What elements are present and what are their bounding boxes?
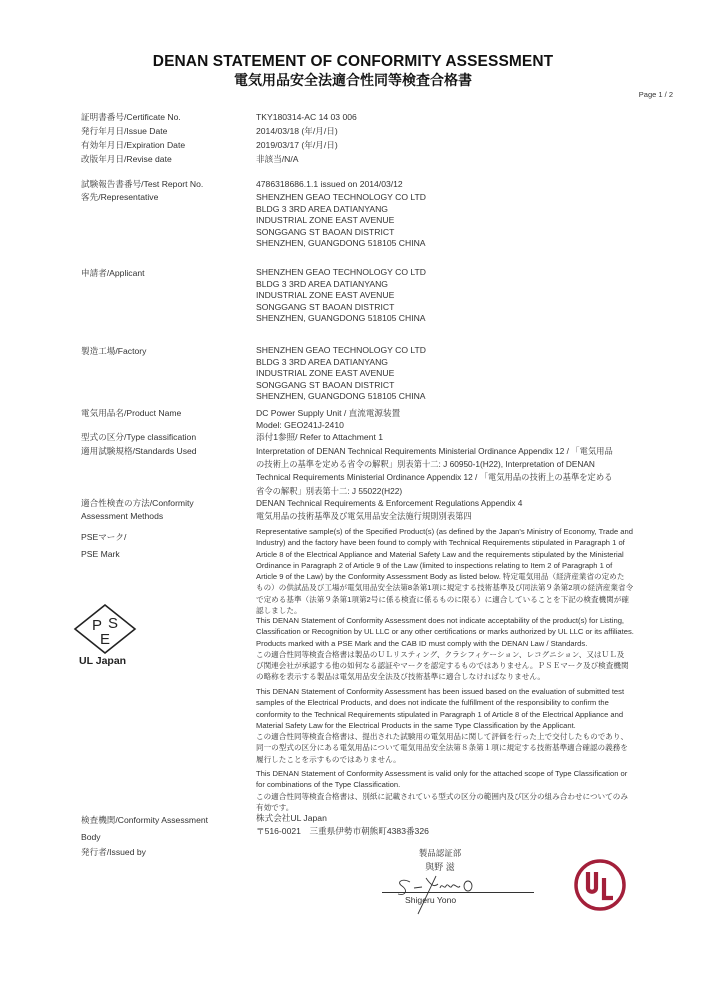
product-name: DC Power Supply Unit / 直流電源装置 bbox=[256, 407, 400, 419]
paragraph-line: Article 9 of the Law) by the Conformity … bbox=[256, 571, 684, 582]
standards-line: 省令の解釈」別表第十二: J 55022(H22) bbox=[256, 485, 613, 498]
certificate-no-value: TKY180314-AC 14 03 006 bbox=[256, 111, 357, 123]
ul-logo-icon bbox=[573, 858, 627, 912]
address-line: SHENZHEN GEAO TECHNOLOGY CO LTD bbox=[256, 267, 426, 279]
validity-scope: This DENAN Statement of Conformity Asses… bbox=[256, 768, 684, 813]
signature-line bbox=[382, 892, 534, 893]
revise-date-value: 非該当/N/A bbox=[256, 153, 299, 165]
test-report-value: 4786318686.1.1 issued on 2014/03/12 bbox=[256, 178, 403, 190]
paragraph-line: この適合性同等検査合格書は製品のＵＬリスティング、クラシフィケーション、レコグニ… bbox=[256, 649, 684, 660]
signer-name-en: Shigeru Yono bbox=[405, 895, 456, 905]
paragraph-line: Products marked with a PSE Mark and the … bbox=[256, 638, 684, 649]
conformity-body-label: 検査機関/Conformity Assessment Body bbox=[81, 812, 208, 846]
label-line: 適合性検査の方法/Conformity bbox=[81, 497, 194, 510]
paragraph-line: This DENAN Statement of Conformity Asses… bbox=[256, 615, 684, 626]
pse-diamond-icon: P S E bbox=[73, 604, 137, 654]
compliance-statement: Representative sample(s) of the Specifie… bbox=[256, 526, 684, 616]
conformity-body-value: 株式会社UL Japan 〒516-0021 三重県伊勢市朝熊町4383番326 bbox=[256, 812, 429, 838]
expiration-date-value: 2019/03/17 (年/月/日) bbox=[256, 139, 338, 151]
test-report-label: 試験報告書番号/Test Report No. bbox=[81, 178, 203, 191]
evaluation-disclaimer: This DENAN Statement of Conformity Asses… bbox=[256, 686, 684, 765]
paragraph-line: もの）の供試品及び工場が電気用品安全法第8条第1項に規定する技術基準及び同法第９… bbox=[256, 582, 684, 593]
certificate-no-label: 証明書番号/Certificate No. bbox=[81, 111, 181, 124]
paragraph-line: 同一の型式の区分にある電気用品について電気用品安全法第８条第１項に規定する技術基… bbox=[256, 742, 684, 753]
paragraph-line: 履行したことを示すものではありません。 bbox=[256, 754, 684, 765]
paragraph-line: Article 8 of the Electrical Appliance an… bbox=[256, 549, 684, 560]
address-line: SONGGANG ST BAOAN DISTRICT bbox=[256, 302, 426, 314]
type-classification-value: 添付1参照/ Refer to Attachment 1 bbox=[256, 431, 383, 443]
factory-label: 製造工場/Factory bbox=[81, 345, 146, 358]
address-line: BLDG 3 3RD AREA DATIANYANG bbox=[256, 357, 426, 369]
page-number: Page 1 / 2 bbox=[639, 90, 673, 99]
applicant-label: 申請者/Applicant bbox=[81, 267, 145, 280]
standards-line: Technical Requirements Ministerial Ordin… bbox=[256, 471, 613, 484]
body-address: 〒516-0021 三重県伊勢市朝熊町4383番326 bbox=[256, 825, 429, 838]
paragraph-line: samples of the Electrical Products, and … bbox=[256, 697, 684, 708]
factory-address: SHENZHEN GEAO TECHNOLOGY CO LTD BLDG 3 3… bbox=[256, 345, 426, 403]
pse-letter-e: E bbox=[100, 631, 110, 648]
revise-date-label: 改版年月日/Revise date bbox=[81, 153, 172, 166]
label-line: Assessment Methods bbox=[81, 510, 194, 523]
standards-label: 適用試験規格/Standards Used bbox=[81, 445, 197, 458]
document-subtitle: 電気用品安全法適合性同等検査合格書 bbox=[0, 70, 706, 90]
pse-mark-label: PSEマーク/ PSE Mark bbox=[81, 529, 126, 563]
product-name-label: 電気用品名/Product Name bbox=[81, 407, 181, 420]
paragraph-line: This DENAN Statement of Conformity Asses… bbox=[256, 768, 684, 779]
address-line: INDUSTRIAL ZONE EAST AVENUE bbox=[256, 290, 426, 302]
label-line: 検査機関/Conformity Assessment bbox=[81, 812, 208, 829]
paragraph-line: conformity to the Technical Requirements… bbox=[256, 709, 684, 720]
issue-date-label: 発行年月日/Issue Date bbox=[81, 125, 167, 138]
address-line: SHENZHEN GEAO TECHNOLOGY CO LTD bbox=[256, 192, 426, 204]
conformity-methods-value: DENAN Technical Requirements & Enforceme… bbox=[256, 497, 522, 523]
expiration-date-label: 有効年月日/Expiration Date bbox=[81, 139, 185, 152]
paragraph-line: Ordinance in Paragraph 2 of Article 9 of… bbox=[256, 560, 684, 571]
product-name-value: DC Power Supply Unit / 直流電源装置 Model: GEO… bbox=[256, 407, 400, 431]
methods-line: 電気用品の技術基準及び電気用品安全法施行規則別表第四 bbox=[256, 510, 522, 523]
address-line: BLDG 3 3RD AREA DATIANYANG bbox=[256, 279, 426, 291]
address-line: INDUSTRIAL ZONE EAST AVENUE bbox=[256, 215, 426, 227]
standards-value: Interpretation of DENAN Technical Requir… bbox=[256, 445, 613, 498]
acceptability-disclaimer: This DENAN Statement of Conformity Asses… bbox=[256, 615, 684, 683]
paragraph-line: Representative sample(s) of the Specifie… bbox=[256, 526, 684, 537]
paragraph-line: Classification or Recognition by UL LLC … bbox=[256, 626, 684, 637]
type-classification-label: 型式の区分/Type classification bbox=[81, 431, 196, 444]
label-line: PSEマーク/ bbox=[81, 529, 126, 546]
standards-line: Interpretation of DENAN Technical Requir… bbox=[256, 445, 613, 458]
methods-line: DENAN Technical Requirements & Enforceme… bbox=[256, 497, 522, 510]
address-line: SHENZHEN, GUANGDONG 518105 CHINA bbox=[256, 391, 426, 403]
label-line: Body bbox=[81, 829, 208, 846]
paragraph-line: で定める基準（法第９条第1項第2号に係る検査に係るものに限る）に適合していること… bbox=[256, 594, 684, 605]
address-line: SHENZHEN GEAO TECHNOLOGY CO LTD bbox=[256, 345, 426, 357]
signature-scribble-icon bbox=[382, 868, 542, 918]
paragraph-line: び関連会社が承認する他の如何なる認証やマークを認定するものではありません。ＰＳＥ… bbox=[256, 660, 684, 671]
paragraph-line: この適合性同等検査合格書は、提出された試験用の電気用品に関して評価を行った上で交… bbox=[256, 731, 684, 742]
body-name: 株式会社UL Japan bbox=[256, 812, 429, 825]
paragraph-line: Material Safety Law for the Electrical P… bbox=[256, 720, 684, 731]
representative-address: SHENZHEN GEAO TECHNOLOGY CO LTD BLDG 3 3… bbox=[256, 192, 426, 250]
paragraph-line: This DENAN Statement of Conformity Asses… bbox=[256, 686, 684, 697]
address-line: SHENZHEN, GUANGDONG 518105 CHINA bbox=[256, 238, 426, 250]
address-line: BLDG 3 3RD AREA DATIANYANG bbox=[256, 204, 426, 216]
paragraph-line: の略称を表示する製品は電気用品安全法及び技術基準に適合しなければなりません。 bbox=[256, 671, 684, 682]
address-line: SHENZHEN, GUANGDONG 518105 CHINA bbox=[256, 313, 426, 325]
label-line: PSE Mark bbox=[81, 546, 126, 563]
pse-caption: UL Japan bbox=[79, 655, 126, 667]
address-line: INDUSTRIAL ZONE EAST AVENUE bbox=[256, 368, 426, 380]
address-line: SONGGANG ST BAOAN DISTRICT bbox=[256, 380, 426, 392]
document-title: DENAN STATEMENT OF CONFORMITY ASSESSMENT bbox=[0, 53, 706, 71]
representative-label: 客先/Representative bbox=[81, 191, 158, 204]
paragraph-line: この適合性同等検査合格書は、別紙に記載されている型式の区分の範囲内及び区分の組み… bbox=[256, 791, 684, 802]
product-model: Model: GEO241J-2410 bbox=[256, 419, 400, 431]
applicant-address: SHENZHEN GEAO TECHNOLOGY CO LTD BLDG 3 3… bbox=[256, 267, 426, 325]
standards-line: の技術上の基準を定める省令の解釈」別表第十二: J 60950-1(H22), … bbox=[256, 458, 613, 471]
paragraph-line: Industry) and the factory have been foun… bbox=[256, 537, 684, 548]
address-line: SONGGANG ST BAOAN DISTRICT bbox=[256, 227, 426, 239]
conformity-methods-label: 適合性検査の方法/Conformity Assessment Methods bbox=[81, 497, 194, 523]
issue-date-value: 2014/03/18 (年/月/日) bbox=[256, 125, 338, 137]
pse-letter-s: S bbox=[108, 615, 118, 632]
paragraph-line: for combinations of the Type Classificat… bbox=[256, 779, 684, 790]
